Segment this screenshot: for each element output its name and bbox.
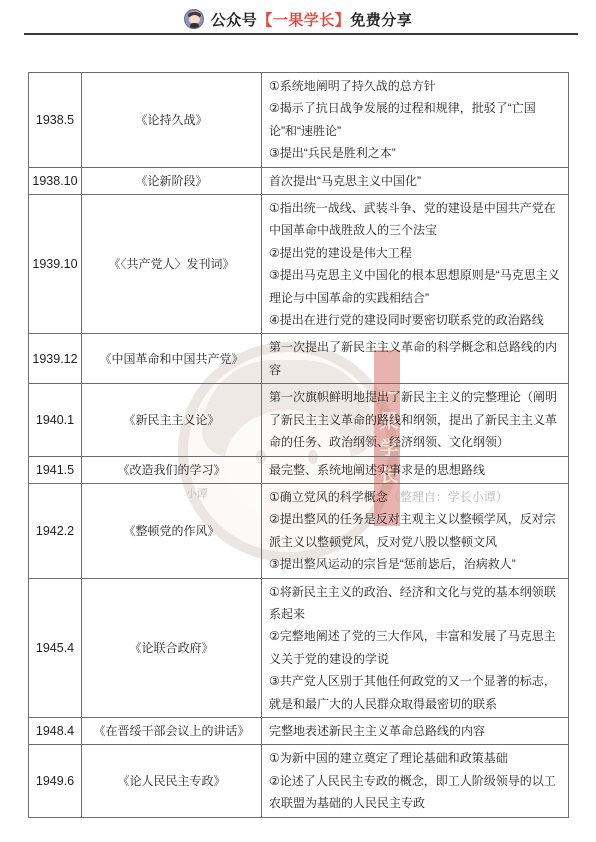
title-highlight: 【一果学长】: [257, 12, 350, 29]
point-item: 第一次提出了新民主主义革命的科学概念和总路线的内容: [269, 336, 562, 381]
work-title: 《新民主主义论》: [82, 384, 262, 456]
point-item: ②揭示了抗日战争发展的过程和规律，批驳了“亡国论”和“速胜论”: [269, 97, 562, 142]
title-suffix: 免费分享: [350, 12, 412, 29]
work-date: 1942.2: [29, 483, 82, 578]
works-table: 1938.5《论持久战》①系统地阐明了持久战的总方针②揭示了抗日战争发展的过程和…: [28, 72, 569, 818]
work-title-text: 《中国革命和中国共产党》: [99, 352, 243, 366]
point-item: 首次提出“马克思主义中国化”: [269, 170, 562, 192]
work-title: 小谭《整顿党的作风》: [82, 483, 262, 578]
table-row: 1939.10《〈共产党人〉发刊词》①指出统一战线、武装斗争、党的建设是中国共产…: [29, 195, 569, 334]
point-item: ①指出统一战线、武装斗争、党的建设是中国共产党在中国革命中战胜敌人的三个法宝: [269, 197, 562, 242]
work-points: 第一次提出了新民主主义革命的科学概念和总路线的内容: [262, 334, 569, 384]
page-header: 公众号【一果学长】免费分享: [0, 4, 596, 34]
work-points: 第一次旗帜鲜明地提出了新民主主义的完整理论（阐明了新民主主义革命的路线和纲领，提…: [262, 384, 569, 456]
page-title: 公众号【一果学长】免费分享: [211, 9, 413, 30]
point-item: ①系统地阐明了持久战的总方针: [269, 75, 562, 97]
work-title: 《在晋绥干部会议上的讲话》: [82, 717, 262, 744]
work-title-text: 《论联合政府》: [129, 641, 213, 655]
work-points: 完整地表述新民主主义革命总路线的内容: [262, 717, 569, 744]
work-date: 1948.4: [29, 717, 82, 744]
point-item: ②提出党的建设是伟大工程: [269, 242, 562, 264]
point-item: ①为新中国的建立奠定了理论基础和政策基础: [269, 747, 562, 769]
table-row: 1938.5《论持久战》①系统地阐明了持久战的总方针②揭示了抗日战争发展的过程和…: [29, 73, 569, 168]
point-item: ②完整地阐述了党的三大作风，丰富和发展了马克思主义关于党的建设的学说: [269, 625, 562, 670]
point-item: ②提出整风的任务是反对主观主义以整顿学风，反对宗派主义以整顿党风，反对党八股以整…: [269, 508, 562, 553]
source-note: （整理自：学长小谭）: [388, 490, 508, 504]
point-item: 完整地表述新民主主义革命总路线的内容: [269, 720, 562, 742]
work-title-text: 《论人民民主专政》: [117, 774, 225, 788]
table-row: 1942.2小谭《整顿党的作风》①确立党风的科学概念（整理自：学长小谭）②提出整…: [29, 483, 569, 578]
work-date: 1945.4: [29, 578, 82, 717]
watermark-small-label: 小谭: [186, 487, 208, 501]
header-divider: [24, 33, 578, 35]
work-date: 1939.12: [29, 334, 82, 384]
point-item: ②论述了人民民主专政的概念，即工人阶级领导的以工农联盟为基础的人民民主专政: [269, 770, 562, 815]
work-title: 《论新阶段》: [82, 167, 262, 194]
point-item: 第一次旗帜鲜明地提出了新民主主义的完整理论（阐明了新民主主义革命的路线和纲领，提…: [269, 386, 562, 453]
work-points: ①将新民主主义的政治、经济和文化与党的基本纲领联系起来②完整地阐述了党的三大作风…: [262, 578, 569, 717]
work-points: ①为新中国的建立奠定了理论基础和政策基础②论述了人民民主专政的概念，即工人阶级领…: [262, 745, 569, 817]
table-row: 1949.6《论人民民主专政》①为新中国的建立奠定了理论基础和政策基础②论述了人…: [29, 745, 569, 817]
point-item: ③提出“兵民是胜利之本”: [269, 142, 562, 164]
work-title-text: 《改造我们的学习》: [117, 463, 225, 477]
work-title-text: 《整顿党的作风》: [123, 524, 219, 538]
point-item: ①确立党风的科学概念（整理自：学长小谭）: [269, 486, 562, 508]
point-item: ①将新民主主义的政治、经济和文化与党的基本纲领联系起来: [269, 581, 562, 626]
work-title: 《改造我们的学习》: [82, 456, 262, 483]
point-item: 最完整、系统地阐述实事求是的思想路线: [269, 459, 562, 481]
wechat-account-avatar-icon: [184, 9, 204, 29]
work-title-text: 《论持久战》: [135, 113, 207, 127]
work-date: 1940.1: [29, 384, 82, 456]
point-item: ③共产党人区别于其他任何政党的又一个显著的标志，就是和最广大的人民群众取得最密切…: [269, 670, 562, 715]
point-item: ③提出马克思主义中国化的根本思想原则是“马克思主义理论与中国革命的实践相结合”: [269, 264, 562, 309]
work-date: 1941.5: [29, 456, 82, 483]
work-date: 1938.5: [29, 73, 82, 168]
table-row: 1940.1《新民主主义论》第一次旗帜鲜明地提出了新民主主义的完整理论（阐明了新…: [29, 384, 569, 456]
work-points: 最完整、系统地阐述实事求是的思想路线: [262, 456, 569, 483]
work-points: ①确立党风的科学概念（整理自：学长小谭）②提出整风的任务是反对主观主义以整顿学风…: [262, 483, 569, 578]
table-row: 1938.10《论新阶段》首次提出“马克思主义中国化”: [29, 167, 569, 194]
work-title: 《论联合政府》: [82, 578, 262, 717]
table-row: 1948.4《在晋绥干部会议上的讲话》完整地表述新民主主义革命总路线的内容: [29, 717, 569, 744]
work-title: 《中国革命和中国共产党》: [82, 334, 262, 384]
work-title-text: 《在晋绥干部会议上的讲话》: [93, 724, 249, 738]
work-title-text: 《〈共产党人〉发刊词》: [108, 257, 234, 271]
work-date: 1939.10: [29, 195, 82, 334]
work-points: 首次提出“马克思主义中国化”: [262, 167, 569, 194]
work-title: 《论持久战》: [82, 73, 262, 168]
point-item: ④提出在进行党的建设同时要密切联系党的政治路线: [269, 309, 562, 331]
work-points: ①系统地阐明了持久战的总方针②揭示了抗日战争发展的过程和规律，批驳了“亡国论”和…: [262, 73, 569, 168]
title-prefix: 公众号: [211, 12, 258, 29]
table-row: 1941.5《改造我们的学习》最完整、系统地阐述实事求是的思想路线: [29, 456, 569, 483]
work-title-text: 《论新阶段》: [135, 174, 207, 188]
work-date: 1949.6: [29, 745, 82, 817]
works-table-body: 1938.5《论持久战》①系统地阐明了持久战的总方针②揭示了抗日战争发展的过程和…: [29, 73, 569, 818]
table-row: 1939.12《中国革命和中国共产党》第一次提出了新民主主义革命的科学概念和总路…: [29, 334, 569, 384]
point-item: ③提出整风运动的宗旨是“惩前毖后，治病救人”: [269, 553, 562, 575]
work-title: 《论人民民主专政》: [82, 745, 262, 817]
table-row: 1945.4《论联合政府》①将新民主主义的政治、经济和文化与党的基本纲领联系起来…: [29, 578, 569, 717]
work-points: ①指出统一战线、武装斗争、党的建设是中国共产党在中国革命中战胜敌人的三个法宝②提…: [262, 195, 569, 334]
work-title: 《〈共产党人〉发刊词》: [82, 195, 262, 334]
work-title-text: 《新民主主义论》: [123, 413, 219, 427]
work-date: 1938.10: [29, 167, 82, 194]
